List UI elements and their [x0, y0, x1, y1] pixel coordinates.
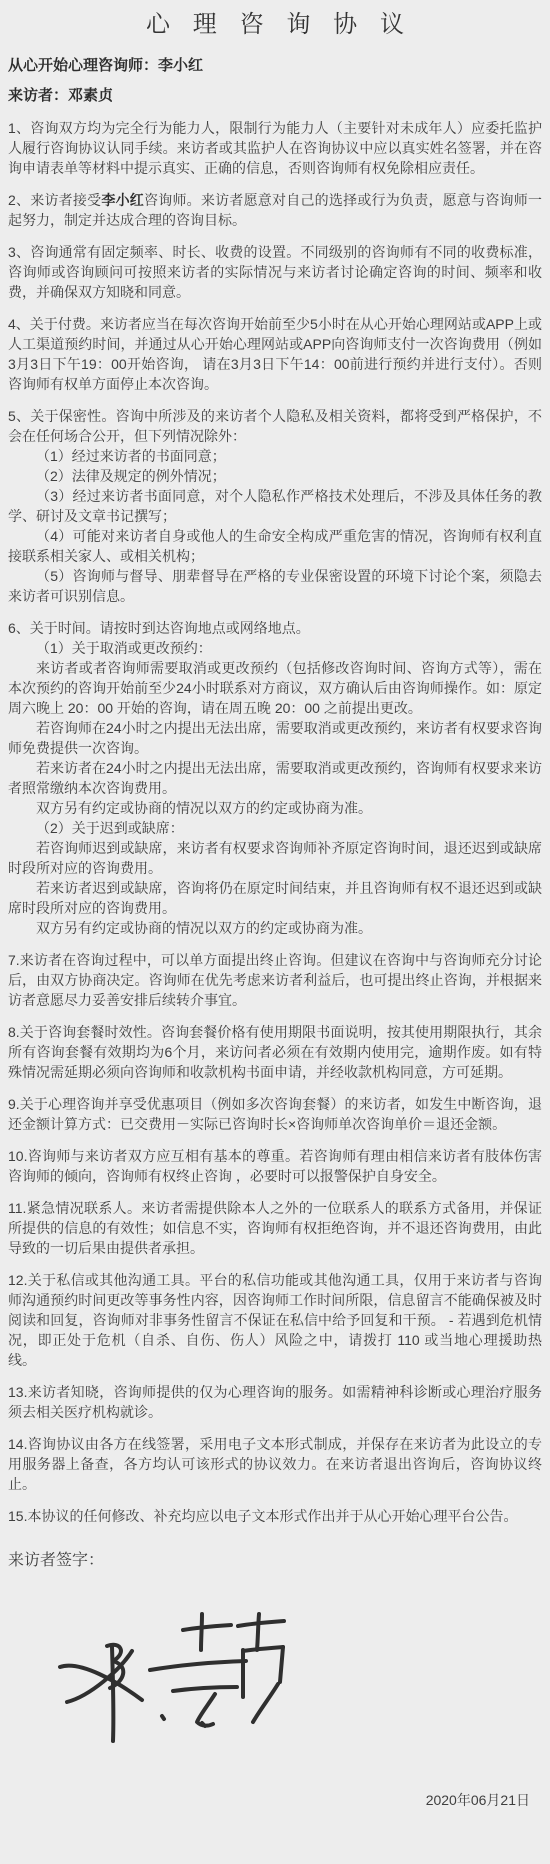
visitor-signature-label: 来访者签字： [8, 1550, 542, 1572]
page-title: 心理咨询协议 [8, 10, 542, 40]
counselor-line: 从心开始心理咨询师：李小红 [8, 56, 542, 76]
agreement-paragraph: 双方另有约定或协商的情况以双方的约定或协商为准。 [8, 798, 542, 818]
agreement-paragraph: 双方另有约定或协商的情况以双方的约定或协商为准。 [8, 918, 542, 938]
agreement-paragraph: （4）可能对来访者自身或他人的生命安全构成严重危害的情况，咨询师有权利直接联系相… [8, 526, 542, 566]
agreement-paragraph: 13.来访者知晓，咨询师提供的仅为心理咨询的服务。如需精神科诊断或心理治疗服务须… [8, 1382, 542, 1422]
agreement-paragraph: 4、关于付费。来访者应当在每次咨询开始前至少5小时在从心开始心理网站或APP上或… [8, 314, 542, 394]
agreement-paragraph: （1）经过来访者的书面同意； [8, 446, 542, 466]
agreement-paragraph: 2、来访者接受李小红咨询师。来访者愿意对自己的选择或行为负责，愿意与咨询师一起努… [8, 190, 542, 230]
agreement-paragraph: 15.本协议的任何修改、补充均应以电子文本形式作出并于从心开始心理平台公告。 [8, 1506, 542, 1526]
visitor-signature-handwriting [50, 1604, 290, 1754]
agreement-paragraph: 1、咨询双方均为完全行为能力人，限制行为能力人（主要针对未成年人）应委托监护人履… [8, 118, 542, 178]
signature-date: 2020年06月21日 [8, 1790, 542, 1810]
agreement-paragraph: （1）关于取消或更改预约： [8, 638, 542, 658]
agreement-paragraph: 8.关于咨询套餐时效性。咨询套餐价格有使用期限书面说明，按其使用期限执行，其余所… [8, 1022, 542, 1082]
agreement-document: 心理咨询协议 从心开始心理咨询师：李小红 来访者：邓素贞 1、咨询双方均为完全行… [0, 0, 550, 1864]
agreement-paragraph: 12.关于私信或其他沟通工具。平台的私信功能或其他沟通工具，仅用于来访者与咨询师… [8, 1270, 542, 1370]
agreement-paragraph: 来访者或者咨询师需要取消或更改预约（包括修改咨询时间、咨询方式等），需在本次预约… [8, 658, 542, 718]
agreement-paragraph: 9.关于心理咨询并享受优惠项目（例如多次咨询套餐）的来访者，如发生中断咨询，退还… [8, 1094, 542, 1134]
agreement-paragraph: 7.来访者在咨询过程中，可以单方面提出终止咨询。但建议在咨询中与咨询师充分讨论后… [8, 950, 542, 1010]
agreement-paragraph: 11.紧急情况联系人。来访者需提供除本人之外的一位联系人的联系方式备用，并保证所… [8, 1198, 542, 1258]
visitor-line: 来访者：邓素贞 [8, 86, 542, 106]
agreement-paragraph: 若来访者在24小时之内提出无法出席，需要取消或更改预约，咨询师有权要求来访者照常… [8, 758, 542, 798]
agreement-paragraph: 14.咨询协议由各方在线签署，采用电子文本形式制成，并保存在来访者为此设立的专用… [8, 1434, 542, 1494]
agreement-paragraph: （5）咨询师与督导、朋辈督导在严格的专业保密设置的环境下讨论个案，须隐去来访者可… [8, 566, 542, 606]
agreement-paragraph: 若咨询师在24小时之内提出无法出席，需要取消或更改预约，来访者有权要求咨询师免费… [8, 718, 542, 758]
agreement-body: 1、咨询双方均为完全行为能力人，限制行为能力人（主要针对未成年人）应委托监护人履… [8, 118, 542, 1526]
agreement-paragraph: 3、咨询通常有固定频率、时长、收费的设置。不同级别的咨询师有不同的收费标准，咨询… [8, 242, 542, 302]
agreement-paragraph: 6、关于时间。请按时到达咨询地点或网络地点。 [8, 618, 542, 638]
agreement-paragraph: （2）关于迟到或缺席： [8, 818, 542, 838]
agreement-paragraph: （3）经过来访者书面同意，对个人隐私作严格技术处理后，不涉及具体任务的教学、研讨… [8, 486, 542, 526]
agreement-paragraph: （2）法律及规定的例外情况； [8, 466, 542, 486]
agreement-paragraph: 若咨询师迟到或缺席，来访者有权要求咨询师补齐原定咨询时间，退还迟到或缺席时段所对… [8, 838, 542, 878]
agreement-paragraph: 若来访者迟到或缺席，咨询将仍在原定时间结束，并且咨询师有权不退还迟到或缺席时段所… [8, 878, 542, 918]
agreement-paragraph: 5、关于保密性。咨询中所涉及的来访者个人隐私及相关资料，都将受到严格保护，不会在… [8, 406, 542, 446]
agreement-paragraph: 10.咨询师与来访者双方应互相有基本的尊重。若咨询师有理由相信来访者有肢体伤害咨… [8, 1146, 542, 1186]
